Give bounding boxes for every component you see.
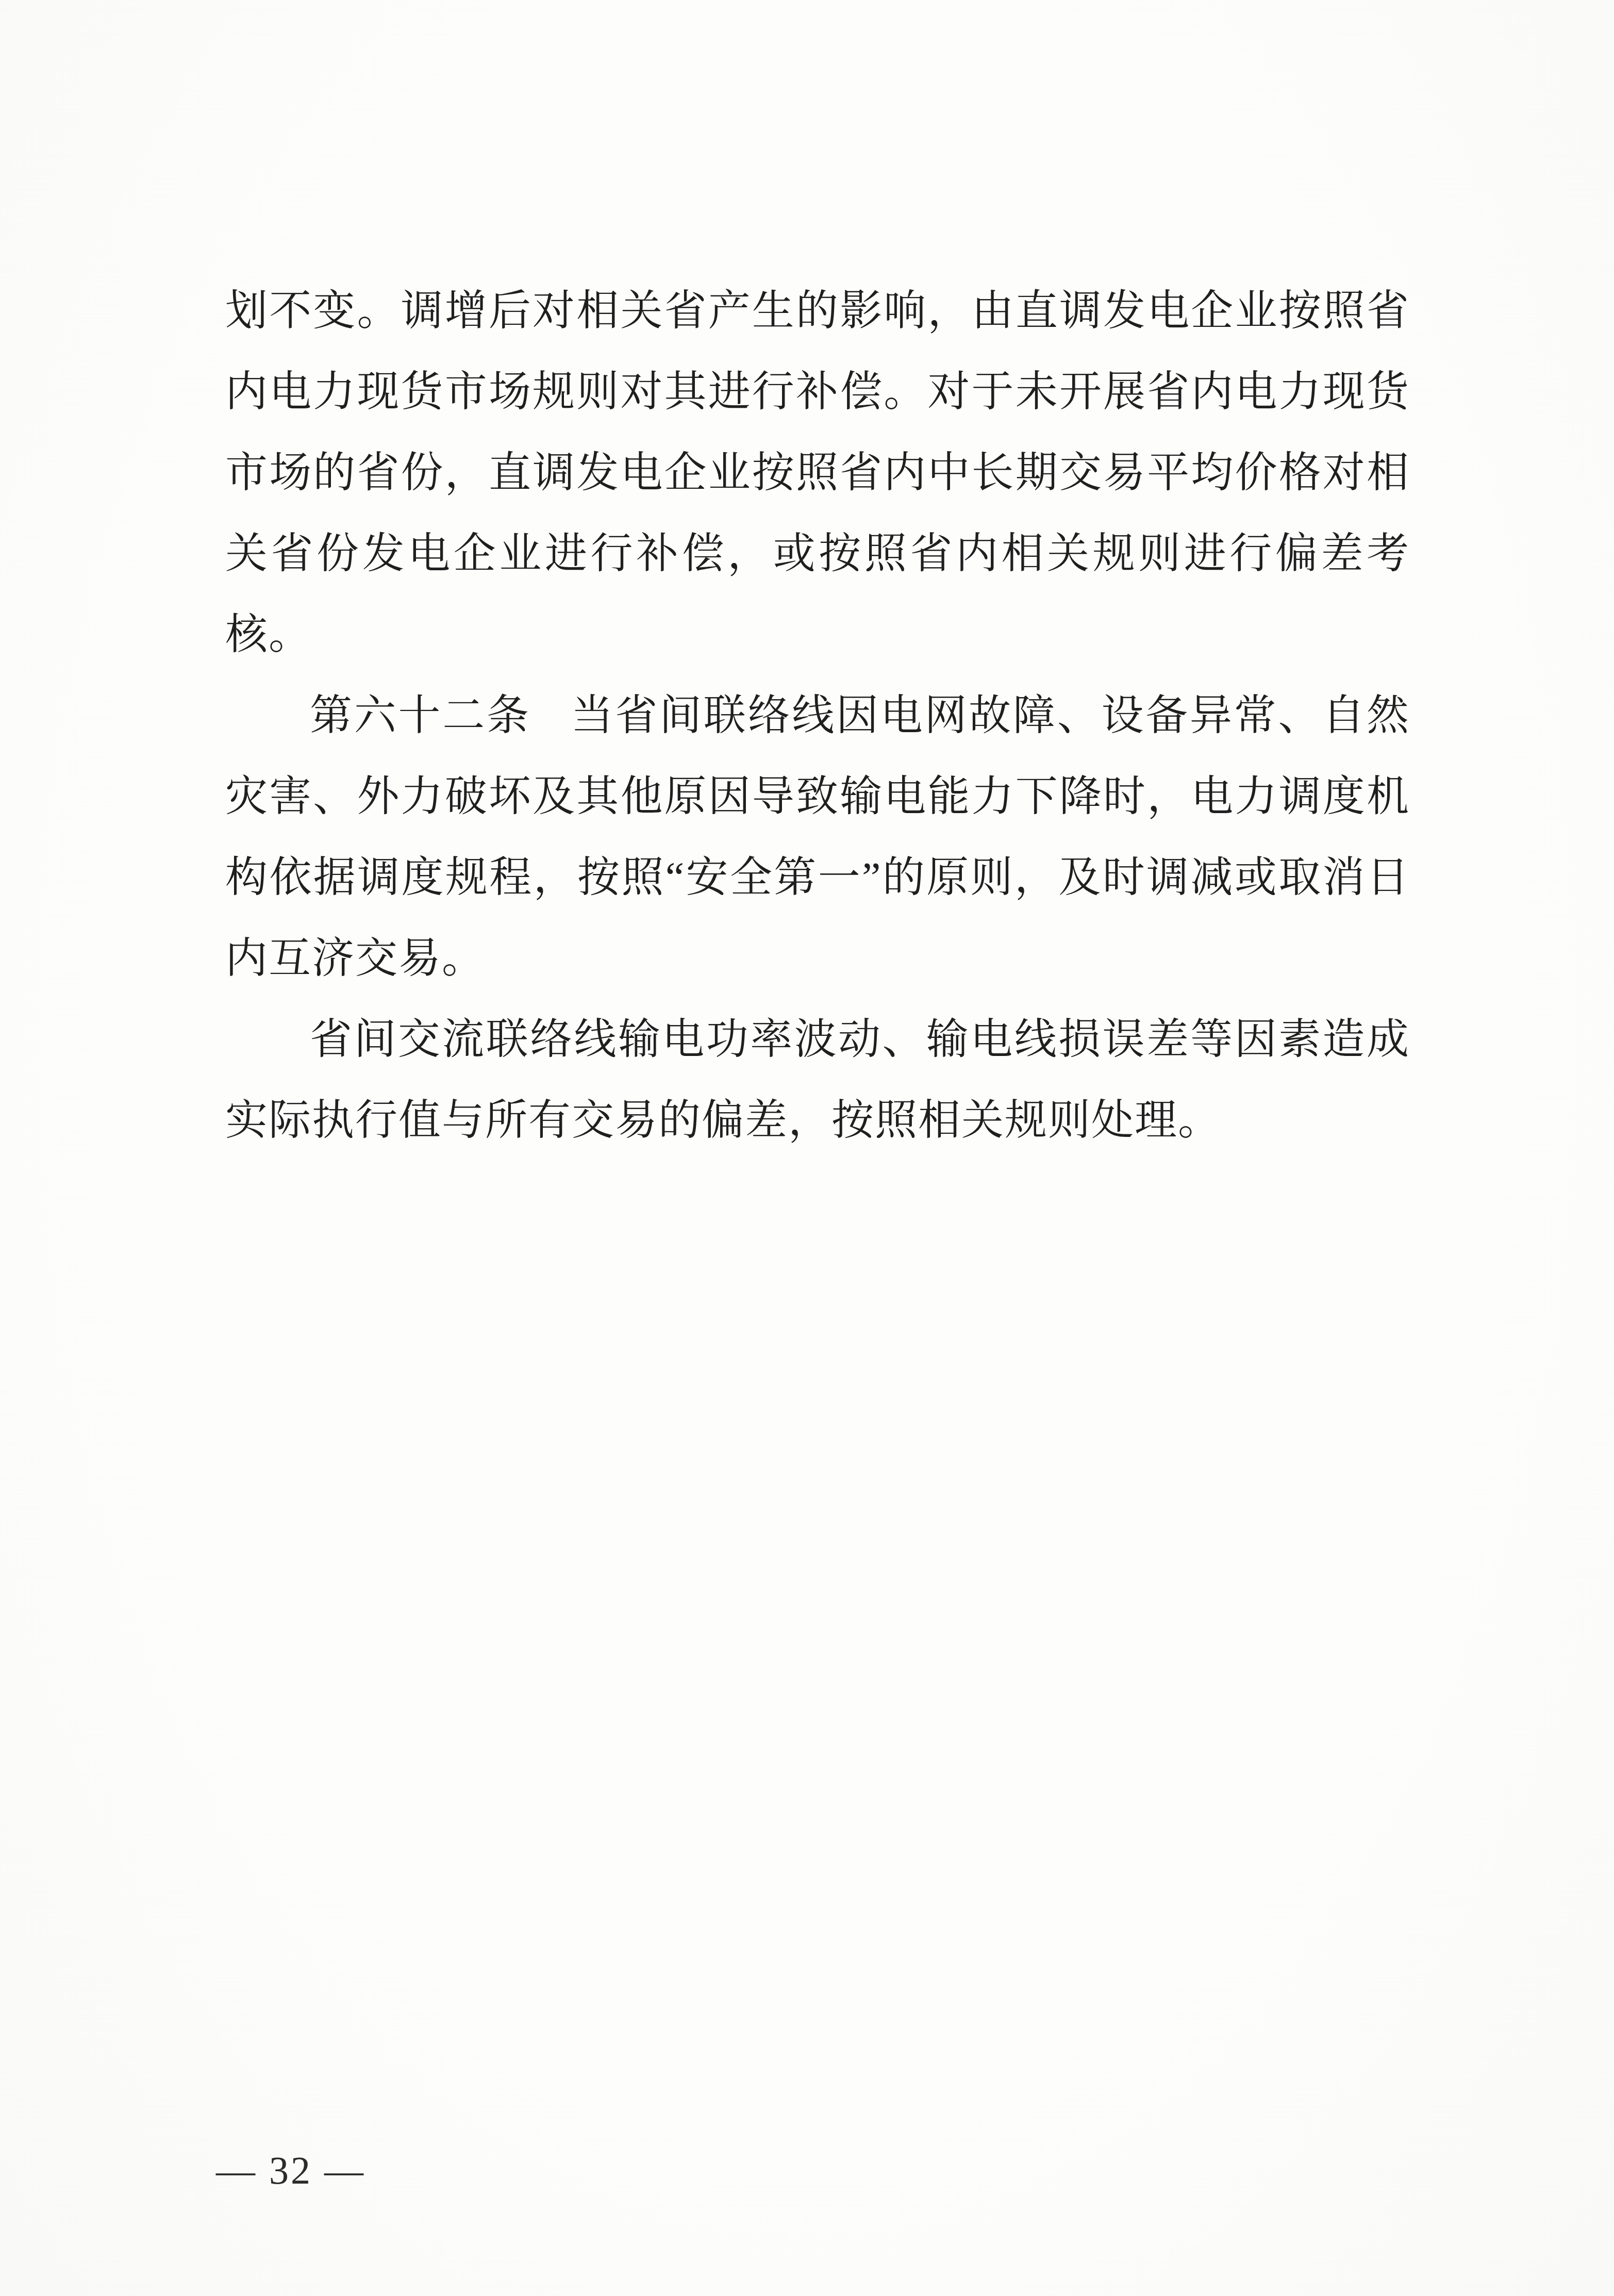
page-footer: — 32 — (216, 2145, 365, 2196)
article-62-label: 第六十二条 (310, 692, 531, 739)
paragraph-article-62: 第六十二条当省间联络线因电网故障、设备异常、自然灾害、外力破坏及其他原因导致输电… (225, 675, 1410, 999)
document-body: 划不变。调增后对相关省产生的影响，由直调发电企业按照省内电力现货市场规则对其进行… (225, 270, 1410, 1161)
paragraph-tie-line-deviation: 省间交流联络线输电功率波动、输电线损误差等因素造成实际执行值与所有交易的偏差，按… (225, 999, 1410, 1161)
paragraph-compensation-rules: 划不变。调增后对相关省产生的影响，由直调发电企业按照省内电力现货市场规则对其进行… (225, 270, 1410, 675)
page-number: — 32 — (216, 2149, 365, 2192)
document-page: 划不变。调增后对相关省产生的影响，由直调发电企业按照省内电力现货市场规则对其进行… (0, 0, 1614, 2296)
